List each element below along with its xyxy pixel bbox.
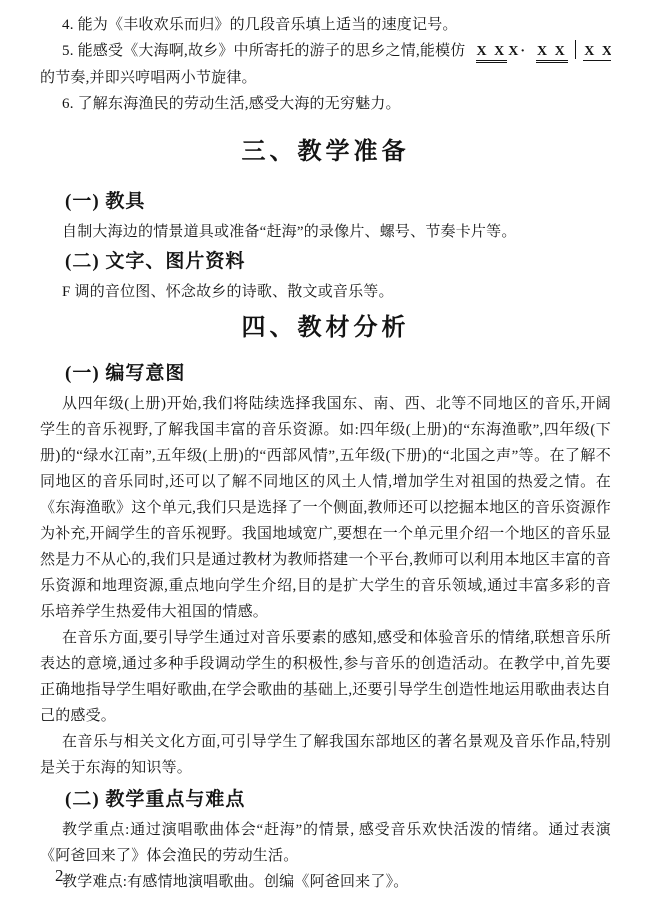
- rhythm-group2-underlined: X X: [536, 44, 568, 63]
- rhythm-group3-underlined: X X: [583, 44, 611, 61]
- rhythm-group1-dotted-note: X·: [507, 44, 528, 60]
- section4-sub2-paragraph2: 教学难点:有感情地演唱歌曲。创编《阿爸回来了》。: [40, 869, 611, 895]
- section4-heading: 四、教材分析: [40, 313, 611, 343]
- objective-item-5-line1: 5. 能感受《大海啊,故乡》中所寄托的游子的思乡之情,能模仿 X XX·X XX…: [40, 38, 611, 65]
- objective-item-5-text: 5. 能感受《大海啊,故乡》中所寄托的游子的思乡之情,能模仿: [62, 38, 466, 64]
- section4-sub1-paragraph3: 在音乐与相关文化方面,可引导学生了解我国东部地区的著名景观及音乐作品,特别是关于…: [40, 729, 611, 781]
- section4-sub1-paragraph1: 从四年级(上册)开始,我们将陆续选择我国东、南、西、北等不同地区的音乐,开阔学生…: [40, 391, 611, 625]
- section3-heading: 三、教学准备: [40, 137, 611, 167]
- section3-sub1-heading: (一) 教具: [65, 189, 611, 215]
- rhythm-barline-1: [575, 40, 577, 59]
- section4-sub2-heading: (二) 教学重点与难点: [65, 787, 611, 813]
- section3-sub1-paragraph: 自制大海边的情景道具或准备“赶海”的录像片、螺号、节奏卡片等。: [40, 219, 611, 245]
- rhythm-notation: X XX·X XX XX-: [466, 39, 611, 65]
- section4-sub2-paragraph1: 教学重点:通过演唱歌曲体会“赶海”的情景, 感受音乐欢快活泼的情绪。通过表演《阿…: [40, 817, 611, 869]
- rhythm-group1-underlined: X X: [476, 44, 508, 63]
- objective-item-4: 4. 能为《丰收欢乐而归》的几段音乐填上适当的速度记号。: [40, 12, 611, 38]
- section4-sub1-heading: (一) 编写意图: [65, 361, 611, 387]
- objective-item-5-continuation: 的节奏,并即兴哼唱两小节旋律。: [40, 65, 611, 91]
- objective-item-5: 5. 能感受《大海啊,故乡》中所寄托的游子的思乡之情,能模仿 X XX·X XX…: [40, 38, 611, 91]
- section3-sub2-paragraph: F 调的音位图、怀念故乡的诗歌、散文或音乐等。: [40, 279, 611, 305]
- objective-item-6: 6. 了解东海渔民的劳动生活,感受大海的无穷魅力。: [40, 91, 611, 117]
- section4-sub1-paragraph2: 在音乐方面,要引导学生通过对音乐要素的感知,感受和体验音乐的情绪,联想音乐所表达…: [40, 625, 611, 729]
- textbook-page: 4. 能为《丰收欢乐而归》的几段音乐填上适当的速度记号。 5. 能感受《大海啊,…: [0, 0, 649, 908]
- page-number: 2: [55, 866, 64, 886]
- section3-sub2-heading: (二) 文字、图片资料: [65, 249, 611, 275]
